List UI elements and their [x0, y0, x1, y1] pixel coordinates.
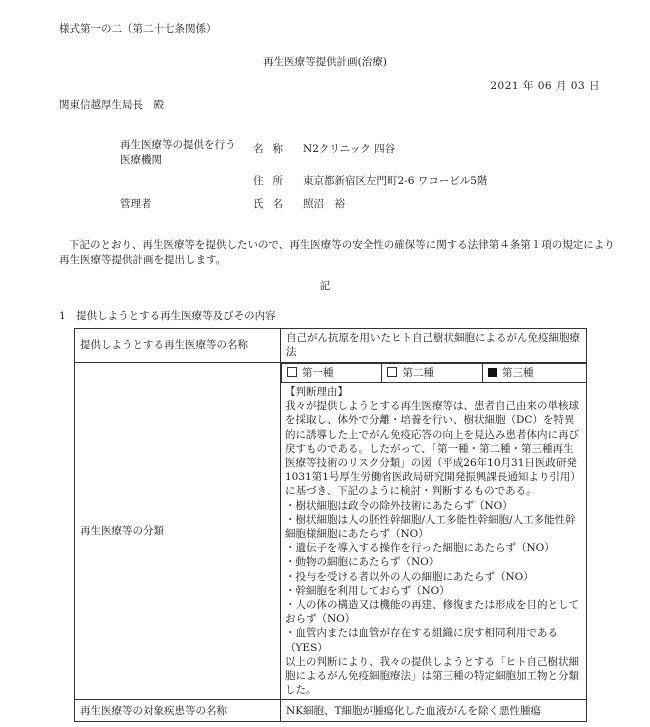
classification-reason: 【判断理由】 我々が提供しようとする再生医療等は、患者自己由来の単核球を採取し、… [281, 383, 586, 699]
institution-label: 再生医療等の提供を行う医療機関 [120, 138, 240, 168]
table-row: 再生医療等の対象疾患等の名称 NK細胞、T細胞が腫瘍化した血液がんを除く悪性腫瘍 [75, 700, 587, 722]
class-option-1[interactable]: 第一種 [282, 363, 382, 382]
ki-heading: 記 [0, 281, 650, 292]
section-title: 1 提供しようとする再生医療等及びその内容 [59, 311, 276, 322]
manager-name: 照沼 裕 [303, 199, 345, 210]
checkbox-empty-icon[interactable] [387, 367, 397, 377]
intro-paragraph: 下記のとおり、再生医療等を提供したいので、再生医療等の安全性の確保等に関する法律… [59, 238, 619, 268]
classification-cell: 第一種 第二種 第三種 【判断理由】 我々が提供しようとする再生医療等は、患者自… [281, 362, 587, 700]
institution-address: 東京都新宿区左門町2-6 ワコービル5階 [303, 176, 487, 187]
manager-label: 管理者 [120, 199, 152, 210]
table-row: 再生医療等の分類 第一種 第二種 第三種 【判断理由】 我々が提供しようとする再… [75, 362, 587, 700]
manager-key: 氏名 [253, 199, 292, 210]
therapy-name-label: 提供しようとする再生医療等の名称 [75, 329, 281, 363]
target-disease-value: NK細胞、T細胞が腫瘍化した血液がんを除く悪性腫瘍 [281, 700, 587, 722]
classification-options: 第一種 第二種 第三種 [281, 363, 586, 383]
addressee: 関東信越厚生局長 殿 [59, 100, 164, 111]
target-disease-label: 再生医療等の対象疾患等の名称 [75, 700, 281, 722]
class-option-2[interactable]: 第二種 [382, 363, 482, 382]
name-key: 名称 [253, 144, 292, 155]
document-title: 再生医療等提供計画(治療) [0, 57, 650, 68]
therapy-name-value: 自己がん抗原を用いたヒト自己樹状細胞によるがん免疫細胞療法 [281, 329, 587, 363]
checkbox-checked-icon[interactable] [488, 368, 497, 377]
address-key: 住所 [253, 176, 292, 187]
classification-label: 再生医療等の分類 [75, 362, 281, 700]
table-row: 提供しようとする再生医療等の名称 自己がん抗原を用いたヒト自己樹状細胞によるがん… [75, 329, 587, 363]
checkbox-empty-icon[interactable] [287, 367, 297, 377]
institution-name: N2クリニック 四谷 [303, 144, 395, 155]
therapy-table: 提供しようとする再生医療等の名称 自己がん抗原を用いたヒト自己樹状細胞によるがん… [74, 328, 587, 722]
submission-date: 2021 年 06 月 03 日 [490, 81, 600, 92]
class-option-3[interactable]: 第三種 [482, 363, 586, 382]
form-id: 様式第一の二（第二十七条関係） [59, 24, 217, 35]
